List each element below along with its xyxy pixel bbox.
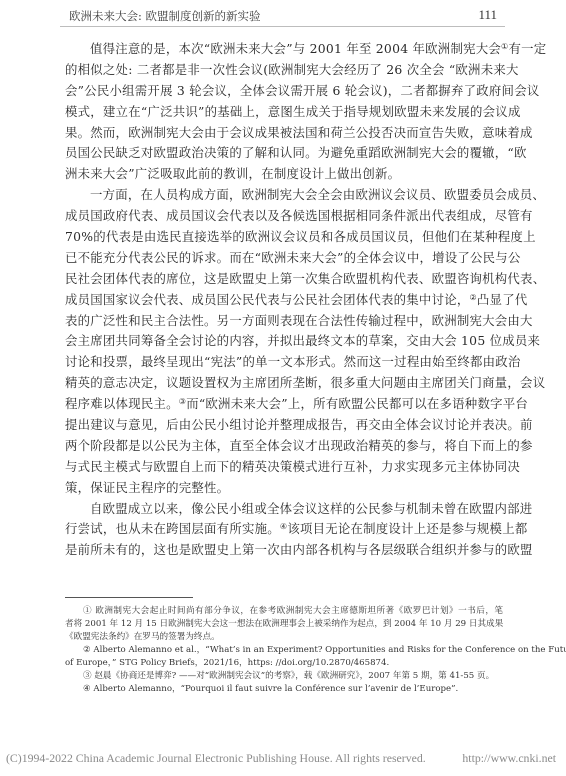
body-line-text: 会主席团共同筹备全会讨论的内容，并拟出最终文本的草案，交由大会 105 位成员来 — [65, 333, 540, 348]
body-line-text: 一方面，在人员构成方面，欧洲制宪大会全会由欧洲议会议员、欧盟委员会成员、 — [90, 187, 545, 202]
footnote-separator — [65, 597, 193, 598]
body-line-text: 果。然而，欧洲制宪大会由于会议成果被法国和荷兰公投否决而宣告失败，意味着成 — [65, 125, 533, 140]
body-line-text: 自欧盟成立以来，像公民小组或全体会议这样的公民参与机制未曾在欧盟内部进 — [90, 501, 532, 516]
body-line-text: 程序难以体现民主。 — [65, 396, 179, 411]
body-line-text: 两个阶段都是以公民为主体，直至全体会议才出现政治精英的参与，将自下而上的参 — [65, 438, 533, 453]
body-line: 表的广泛性和民主合法性。另一方面则表现在合法性传输过程中，欧洲制宪大会由大 — [65, 311, 503, 332]
cnki-url: http://www.cnki.net — [462, 751, 556, 766]
body-line-text: 提出建议与意见，后由公民小组讨论并整理成报告，再交由全体会议讨论并表决。前 — [65, 417, 533, 432]
running-header: 欧洲未来大会: 欧盟制度创新的新实验 111 — [60, 6, 505, 27]
body-line: 一方面，在人员构成方面，欧洲制宪大会全会由欧洲议会议员、欧盟委员会成员、 — [65, 185, 503, 206]
body-line-text: 成员国政府代表、成员国议会代表以及各候选国根据相同条件派出代表组成，尽管有 — [65, 208, 533, 223]
body-line: 精英的意志决定，议题设置权为主席团所垄断，很多重大问题由主席团关门商量，会议 — [65, 373, 503, 394]
running-title: 欧洲未来大会: 欧盟制度创新的新实验 — [69, 8, 261, 24]
footnote-ref[interactable]: ② — [470, 293, 477, 302]
body-line-text: 有一定 — [508, 41, 546, 56]
copyright-footer: (C)1994-2022 China Academic Journal Elec… — [6, 751, 560, 766]
body-line: 讨论和投票，最终呈现出“宪法”的单一文本形式。然而这一过程由始至终都由政治 — [65, 352, 503, 373]
body-line-text: 该项目无论在制度设计上还是参与规模上都 — [287, 521, 527, 536]
body-line-text: 而“欧洲未来大会”上，所有欧盟公民都可以在多语种数字平台 — [186, 396, 528, 411]
body-line-text: 模式，建立在“广泛共识”的基础上，意图生成关于指导规划欧盟未来发展的会议成 — [65, 104, 521, 119]
body-line: 成员国国家议会代表、成员国公民代表与公民社会团体代表的集中讨论，②凸显了代 — [65, 290, 503, 311]
body-line: 会主席团共同筹备全会讨论的内容，并拟出最终文本的草案，交由大会 105 位成员来 — [65, 331, 503, 352]
footnote-line: ④ Alberto Alemanno，“Pourquoi il faut sui… — [65, 683, 503, 696]
body-line: 提出建议与意见，后由公民小组讨论并整理成报告，再交由全体会议讨论并表决。前 — [65, 415, 503, 436]
body-line: 值得注意的是，本次“欧洲未来大会”与 2001 年至 2004 年欧洲制宪大会①… — [65, 39, 503, 60]
body-line-text: 精英的意志决定，议题设置权为主席团所垄断，很多重大问题由主席团关门商量，会议 — [65, 375, 545, 390]
body-line: 成员国政府代表、成员国议会代表以及各候选国根据相同条件派出代表组成，尽管有 — [65, 206, 503, 227]
body-line-text: 讨论和投票，最终呈现出“宪法”的单一文本形式。然而这一过程由始至终都由政治 — [65, 354, 521, 369]
body-line-text: 行尝试，也从未在跨国层面有所实施。 — [65, 521, 280, 536]
body-line-text: 值得注意的是，本次“欧洲未来大会”与 2001 年至 2004 年欧洲制宪大会 — [90, 41, 501, 56]
body-line: 两个阶段都是以公民为主体，直至全体会议才出现政治精英的参与，将自下而上的参 — [65, 436, 503, 457]
body-line-text: 已不能充分代表公民的诉求。而在“欧洲未来大会”的全体会议中，增设了公民与公 — [65, 250, 521, 265]
body-line: 已不能充分代表公民的诉求。而在“欧洲未来大会”的全体会议中，增设了公民与公 — [65, 248, 503, 269]
body-text: 值得注意的是，本次“欧洲未来大会”与 2001 年至 2004 年欧洲制宪大会①… — [65, 39, 503, 561]
body-line: 的相似之处: 二者都是非一次性会议(欧洲制宪大会经历了 26 次全会 “欧洲未来… — [65, 60, 503, 81]
body-line: 员国公民缺乏对欧盟政治决策的了解和认同。为避免重蹈欧洲制宪大会的覆辙，“欧 — [65, 143, 503, 164]
body-line: 策，保证民主程序的完整性。 — [65, 478, 503, 499]
copyright-text: (C)1994-2022 China Academic Journal Elec… — [6, 751, 426, 765]
body-line: 70%的代表是由选民直接选举的欧洲议会议员和各成员国议员，但他们在某种程度上 — [65, 227, 503, 248]
body-line-text: 会”公民小组需开展 3 轮会议，全体会议需开展 6 轮会议)，二者都摒弃了政府间… — [65, 83, 539, 98]
body-line-text: 员国公民缺乏对欧盟政治决策的了解和认同。为避免重蹈欧洲制宪大会的覆辙，“欧 — [65, 145, 527, 160]
body-line: 民社会团体代表的席位，这是欧盟史上第一次集合欧盟机构代表、欧盟咨询机构代表、 — [65, 269, 503, 290]
footnote-line: of Europe，” STG Policy Briefs，2021/16，ht… — [65, 657, 503, 670]
body-line: 会”公民小组需开展 3 轮会议，全体会议需开展 6 轮会议)，二者都摒弃了政府间… — [65, 81, 503, 102]
body-line-text: 策，保证民主程序的完整性。 — [65, 480, 229, 495]
body-line: 洲未来大会”广泛吸取此前的教训，在制度设计上做出创新。 — [65, 164, 503, 185]
body-line: 是前所未有的，这也是欧盟史上第一次由内部各机构与各层级联合组织并参与的欧盟 — [65, 540, 503, 561]
body-line-text: 民社会团体代表的席位，这是欧盟史上第一次集合欧盟机构代表、欧盟咨询机构代表、 — [65, 271, 545, 286]
footnote-line: 者将 2001 年 12 月 15 日欧洲制宪大会这一想法在欧洲理事会上被采纳作… — [65, 618, 503, 631]
body-line: 程序难以体现民主。③而“欧洲未来大会”上，所有欧盟公民都可以在多语种数字平台 — [65, 394, 503, 415]
footnotes: ① 欧洲制宪大会起止时间尚有部分争议，在参考欧洲制宪大会主席德斯坦所著《欧罗巴计… — [65, 605, 503, 696]
body-line: 行尝试，也从未在跨国层面有所实施。④该项目无论在制度设计上还是参与规模上都 — [65, 519, 503, 540]
body-line-text: 成员国国家议会代表、成员国公民代表与公民社会团体代表的集中讨论， — [65, 292, 470, 307]
body-line: 自欧盟成立以来，像公民小组或全体会议这样的公民参与机制未曾在欧盟内部进 — [65, 499, 503, 520]
body-line-text: 表的广泛性和民主合法性。另一方面则表现在合法性传输过程中，欧洲制宪大会由大 — [65, 313, 533, 328]
footnote-line: ③ 赵晨《协商还是博弈? ——对“欧洲制宪会议”的考察》，载《欧洲研究》，200… — [65, 670, 503, 683]
page-number: 111 — [478, 7, 497, 23]
body-line-text: 70%的代表是由选民直接选举的欧洲议会议员和各成员国议员，但他们在某种程度上 — [65, 229, 536, 244]
footnote-line: 《欧盟宪法条约》在罗马的签署为终点。 — [65, 631, 503, 644]
body-line: 模式，建立在“广泛共识”的基础上，意图生成关于指导规划欧盟未来发展的会议成 — [65, 102, 503, 123]
body-line-text: 凸显了代 — [477, 292, 528, 307]
body-line-text: 洲未来大会”广泛吸取此前的教训，在制度设计上做出创新。 — [65, 166, 400, 181]
body-line: 果。然而，欧洲制宪大会由于会议成果被法国和荷兰公投否决而宣告失败，意味着成 — [65, 123, 503, 144]
footnote-line: ① 欧洲制宪大会起止时间尚有部分争议，在参考欧洲制宪大会主席德斯坦所著《欧罗巴计… — [65, 605, 503, 618]
body-line-text: 与式民主模式与欧盟自上而下的精英决策模式进行互补，力求实现多元主体协同决 — [65, 459, 520, 474]
body-line-text: 的相似之处: 二者都是非一次性会议(欧洲制宪大会经历了 26 次全会 “欧洲未来… — [65, 62, 519, 77]
body-line: 与式民主模式与欧盟自上而下的精英决策模式进行互补，力求实现多元主体协同决 — [65, 457, 503, 478]
footnote-line: ② Alberto Alemanno et al.，“What’s in an … — [65, 644, 503, 657]
body-line-text: 是前所未有的，这也是欧盟史上第一次由内部各机构与各层级联合组织并参与的欧盟 — [65, 542, 533, 557]
